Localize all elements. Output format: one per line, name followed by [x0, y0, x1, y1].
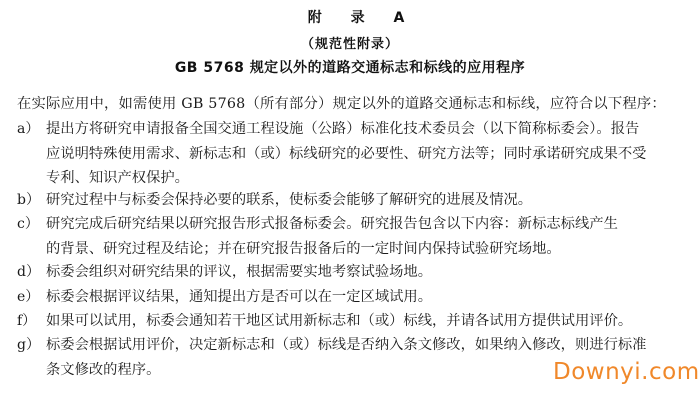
- item-a-line-3: 专利、知识产权保护。: [46, 166, 686, 191]
- watermark-logo: Downyi.com: [553, 359, 700, 385]
- item-g-line-1: 标委会根据试用评价，决定新标志和（或）标线是否纳入条文修改，如果纳入修改，则进行…: [46, 333, 686, 358]
- list-item-b: 研究过程中与标委会保持必要的联系，使标委会能够了解研究的进展及情况。: [46, 188, 686, 213]
- appendix-type: （规范性附录）: [0, 33, 700, 52]
- item-label-c: c）: [17, 214, 39, 234]
- appendix-heading: 附 录 A: [0, 7, 700, 27]
- item-label-a: a）: [17, 119, 39, 139]
- list-item-d: 标委会组织对研究结果的评议，根据需要实地考察试验场地。: [46, 260, 686, 285]
- list-item-e: 标委会根据评议结果，通知提出方是否可以在一定区域试用。: [46, 285, 686, 310]
- document-page: 附 录 A （规范性附录） GB 5768 规定以外的道路交通标志和标线的应用程…: [0, 0, 700, 401]
- item-label-g: g）: [17, 335, 40, 355]
- item-b-line-1: 研究过程中与标委会保持必要的联系，使标委会能够了解研究的进展及情况。: [46, 188, 686, 213]
- item-d-line-1: 标委会组织对研究结果的评议，根据需要实地考察试验场地。: [46, 260, 686, 285]
- item-label-d: d）: [17, 262, 40, 282]
- item-c-line-1: 研究完成后研究结果以研究报告形式报备标委会。研究报告包含以下内容：新标志标线产生: [46, 212, 686, 237]
- item-label-f: f）: [17, 311, 36, 331]
- item-f-line-1: 如果可以试用，标委会通知若干地区试用新标志和（或）标线，并请各试用方提供试用评价…: [46, 309, 686, 334]
- list-item-c: 研究完成后研究结果以研究报告形式报备标委会。研究报告包含以下内容：新标志标线产生…: [46, 212, 686, 261]
- intro-paragraph: 在实际应用中，如需使用 GB 5768（所有部分）规定以外的道路交通标志和标线，…: [17, 94, 666, 114]
- list-item-f: 如果可以试用，标委会通知若干地区试用新标志和（或）标线，并请各试用方提供试用评价…: [46, 309, 686, 334]
- item-e-line-1: 标委会根据评议结果，通知提出方是否可以在一定区域试用。: [46, 285, 686, 310]
- item-a-line-2: 应说明特殊使用需求、新标志和（或）标线研究的必要性、研究方法等；同时承诺研究成果…: [46, 142, 686, 167]
- item-c-line-2: 的背景、研究过程及结论；并在研究报告报备后的一定时间内保持试验研究场地。: [46, 237, 686, 262]
- item-a-line-1: 提出方将研究申请报备全国交通工程设施（公路）标准化技术委员会（以下简称标委会）。…: [46, 117, 686, 142]
- item-label-e: e）: [17, 287, 39, 307]
- appendix-title: GB 5768 规定以外的道路交通标志和标线的应用程序: [0, 57, 700, 77]
- list-item-a: 提出方将研究申请报备全国交通工程设施（公路）标准化技术委员会（以下简称标委会）。…: [46, 117, 686, 191]
- item-label-b: b）: [17, 190, 40, 210]
